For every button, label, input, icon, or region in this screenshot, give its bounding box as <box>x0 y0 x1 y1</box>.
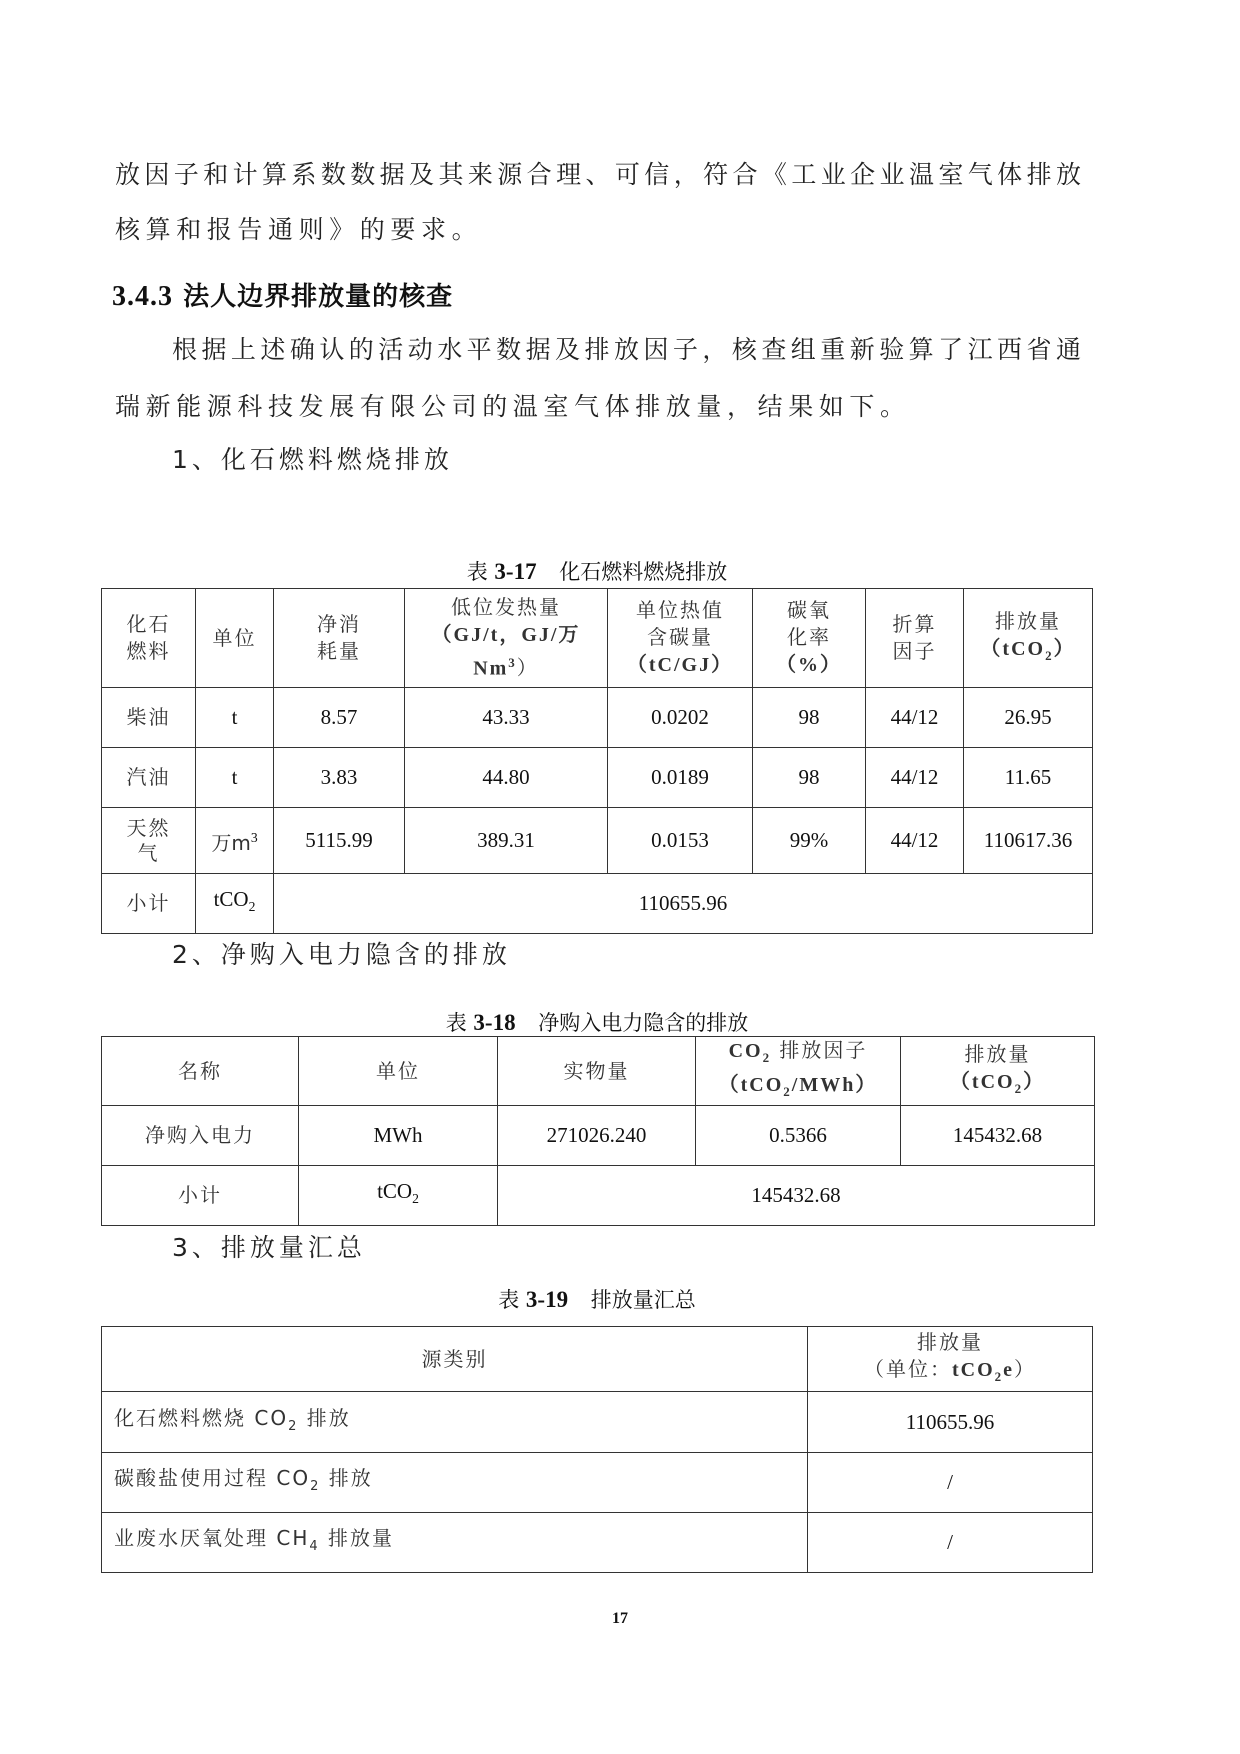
paragraph-main-line-1: 根据上述确认的活动水平数据及排放因子，核查组重新验算了江西省通 <box>172 333 1081 367</box>
cell-name: 净购入电力 <box>102 1106 299 1166</box>
cell-source: 碳酸盐使用过程 CO2 排放 <box>102 1453 808 1513</box>
table-row: 天然气 万m3 5115.99 389.31 0.0153 99% 44/12 … <box>102 808 1093 874</box>
cell-consumption: 3.83 <box>274 748 405 808</box>
paragraph-intro-line-1: 放因子和计算系数数据及其来源合理、可信，符合《工业企业温室气体排放 <box>115 158 1081 192</box>
cell-subtotal-unit: tCO2 <box>196 874 274 934</box>
cell-ncv: 43.33 <box>405 688 608 748</box>
cell-factor: 44/12 <box>866 808 964 874</box>
caption-number: 3-17 <box>494 559 536 584</box>
header-oxidation-rate: 碳氧化率（%） <box>753 589 866 688</box>
cell-unit: MWh <box>299 1106 498 1166</box>
caption-number: 3-18 <box>473 1010 515 1035</box>
cell-ncv: 389.31 <box>405 808 608 874</box>
cell-oxidation: 98 <box>753 748 866 808</box>
paragraph-intro-line-2: 核算和报告通则》的要求。 <box>115 213 1081 247</box>
cell-emission: 11.65 <box>964 748 1093 808</box>
table-subtotal-row: 小计 tCO2 110655.96 <box>102 874 1093 934</box>
cell-emission-factor: 0.5366 <box>696 1106 901 1166</box>
caption-title: 化石燃料燃烧排放 <box>559 560 727 584</box>
section-title: 法人边界排放量的核查 <box>183 282 453 312</box>
cell-unit: t <box>196 688 274 748</box>
cell-unit: t <box>196 748 274 808</box>
cell-carbon: 0.0153 <box>608 808 753 874</box>
header-emission: 排放量（单位：tCO2e） <box>808 1327 1093 1392</box>
caption-title: 排放量汇总 <box>591 1288 696 1312</box>
table-row: 柴油 t 8.57 43.33 0.0202 98 44/12 26.95 <box>102 688 1093 748</box>
header-carbon-content: 单位热值含碳量（tC/GJ） <box>608 589 753 688</box>
cell-carbon: 0.0189 <box>608 748 753 808</box>
section-heading: 3.4.3 法人边界排放量的核查 <box>112 280 453 314</box>
cell-fuel: 柴油 <box>102 688 196 748</box>
caption-title: 净购入电力隐含的排放 <box>538 1011 748 1035</box>
table-caption-3-17: 表 3-17 化石燃料燃烧排放 <box>101 558 1093 586</box>
cell-ncv: 44.80 <box>405 748 608 808</box>
cell-emission-value: / <box>808 1453 1093 1513</box>
header-name: 名称 <box>102 1037 299 1106</box>
header-source-category: 源类别 <box>102 1327 808 1392</box>
cell-subtotal-unit: tCO2 <box>299 1166 498 1226</box>
caption-prefix: 表 <box>498 1288 519 1312</box>
cell-consumption: 8.57 <box>274 688 405 748</box>
cell-fuel: 汽油 <box>102 748 196 808</box>
cell-subtotal-value: 110655.96 <box>274 874 1093 934</box>
list-item-fossil-fuel: 1、化石燃料燃烧排放 <box>172 443 453 477</box>
table-caption-3-18: 表 3-18 净购入电力隐含的排放 <box>101 1009 1093 1037</box>
table-row: 碳酸盐使用过程 CO2 排放 / <box>102 1453 1093 1513</box>
header-unit: 单位 <box>196 589 274 688</box>
list-item-emission-summary: 3、排放量汇总 <box>172 1231 366 1265</box>
cell-fuel: 天然气 <box>102 808 196 874</box>
caption-number: 3-19 <box>526 1287 568 1312</box>
cell-oxidation: 98 <box>753 688 866 748</box>
header-consumption: 净消耗量 <box>274 589 405 688</box>
header-conversion-factor: 折算因子 <box>866 589 964 688</box>
table-fossil-fuel-combustion: 化石燃料 单位 净消耗量 低位发热量（GJ/t，GJ/万Nm3） 单位热值含碳量… <box>101 588 1093 934</box>
cell-consumption: 5115.99 <box>274 808 405 874</box>
list-item-purchased-electricity: 2、净购入电力隐含的排放 <box>172 938 511 972</box>
table-row: 化石燃料燃烧 CO2 排放 110655.96 <box>102 1392 1093 1453</box>
table-header-row: 源类别 排放量（单位：tCO2e） <box>102 1327 1093 1392</box>
cell-unit: 万m3 <box>196 808 274 874</box>
header-unit: 单位 <box>299 1037 498 1106</box>
header-quantity: 实物量 <box>498 1037 696 1106</box>
caption-prefix: 表 <box>446 1011 467 1035</box>
cell-factor: 44/12 <box>866 748 964 808</box>
cell-source: 业废水厌氧处理 CH4 排放量 <box>102 1513 808 1573</box>
cell-carbon: 0.0202 <box>608 688 753 748</box>
cell-subtotal-label: 小计 <box>102 874 196 934</box>
section-number: 3.4.3 <box>112 281 173 312</box>
table-purchased-electricity: 名称 单位 实物量 CO2 排放因子（tCO2/MWh） 排放量（tCO2） 净… <box>101 1036 1095 1226</box>
table-row: 净购入电力 MWh 271026.240 0.5366 145432.68 <box>102 1106 1095 1166</box>
cell-emission-value: 110655.96 <box>808 1392 1093 1453</box>
table-row: 汽油 t 3.83 44.80 0.0189 98 44/12 11.65 <box>102 748 1093 808</box>
header-ncv: 低位发热量（GJ/t，GJ/万Nm3） <box>405 589 608 688</box>
header-emission-factor: CO2 排放因子（tCO2/MWh） <box>696 1037 901 1106</box>
table-row: 业废水厌氧处理 CH4 排放量 / <box>102 1513 1093 1573</box>
header-fuel: 化石燃料 <box>102 589 196 688</box>
table-subtotal-row: 小计 tCO2 145432.68 <box>102 1166 1095 1226</box>
cell-emission: 145432.68 <box>901 1106 1095 1166</box>
cell-emission: 110617.36 <box>964 808 1093 874</box>
cell-oxidation: 99% <box>753 808 866 874</box>
cell-source: 化石燃料燃烧 CO2 排放 <box>102 1392 808 1453</box>
table-emission-summary: 源类别 排放量（单位：tCO2e） 化石燃料燃烧 CO2 排放 110655.9… <box>101 1326 1093 1573</box>
cell-factor: 44/12 <box>866 688 964 748</box>
cell-quantity: 271026.240 <box>498 1106 696 1166</box>
cell-emission-value: / <box>808 1513 1093 1573</box>
table-caption-3-19: 表 3-19 排放量汇总 <box>101 1286 1093 1314</box>
cell-emission: 26.95 <box>964 688 1093 748</box>
page-number: 17 <box>0 1610 1240 1628</box>
table-header-row: 化石燃料 单位 净消耗量 低位发热量（GJ/t，GJ/万Nm3） 单位热值含碳量… <box>102 589 1093 688</box>
cell-subtotal-label: 小计 <box>102 1166 299 1226</box>
cell-subtotal-value: 145432.68 <box>498 1166 1095 1226</box>
header-emission: 排放量（tCO2） <box>901 1037 1095 1106</box>
table-header-row: 名称 单位 实物量 CO2 排放因子（tCO2/MWh） 排放量（tCO2） <box>102 1037 1095 1106</box>
caption-prefix: 表 <box>467 560 488 584</box>
header-emission: 排放量（tCO2） <box>964 589 1093 688</box>
paragraph-main-line-2: 瑞新能源科技发展有限公司的温室气体排放量，结果如下。 <box>115 390 1081 424</box>
